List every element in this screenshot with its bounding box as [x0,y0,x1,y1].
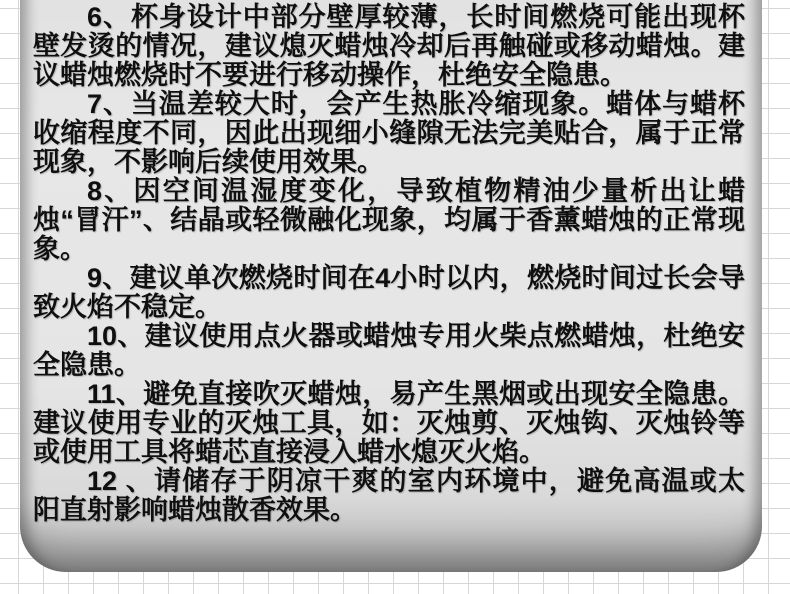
notice-item-11: 11、避免直接吹灭蜡烛，易产生黑烟或出现安全隐患。建议使用专业的灭烛工具，如：灭… [33,380,745,467]
item-text: 当温差较大时，会产生热胀冷缩现象。蜡体与蜡杯收缩程度不同，因此出现细小缝隙无法完… [33,89,745,177]
notice-item-8: 8、因空间温湿度变化，导致植物精油少量析出让蜡烛“冒汗”、结晶或轻微融化现象，均… [33,177,745,264]
item-number: 8、 [87,176,133,206]
notice-item-7: 7、当温差较大时，会产生热胀冷缩现象。蜡体与蜡杯收缩程度不同，因此出现细小缝隙无… [33,90,745,177]
item-number: 7、 [87,89,131,119]
item-number: 12 、 [87,466,154,496]
item-text: 杯身设计中部分壁厚较薄，长时间燃烧可能出现杯壁发烫的情况，建议熄灭蜡烛冷却后再触… [33,2,745,90]
item-number: 9、 [87,263,130,293]
instructions-card: 6、杯身设计中部分壁厚较薄，长时间燃烧可能出现杯壁发烫的情况，建议熄灭蜡烛冷却后… [20,0,762,572]
notice-item-6: 6、杯身设计中部分壁厚较薄，长时间燃烧可能出现杯壁发烫的情况，建议熄灭蜡烛冷却后… [33,3,745,90]
notice-text: 6、杯身设计中部分壁厚较薄，长时间燃烧可能出现杯壁发烫的情况，建议熄灭蜡烛冷却后… [33,3,745,525]
item-number: 10、 [87,321,145,351]
item-text: 建议单次燃烧时间在4小时以内，燃烧时间过长会导致火焰不稳定。 [33,263,745,322]
notice-item-9: 9、建议单次燃烧时间在4小时以内，燃烧时间过长会导致火焰不稳定。 [33,264,745,322]
notice-item-12: 12 、请储存于阴凉干爽的室内环境中，避免高温或太阳直射影响蜡烛散香效果。 [33,467,745,525]
notice-item-10: 10、建议使用点火器或蜡烛专用火柴点燃蜡烛，杜绝安全隐患。 [33,322,745,380]
item-number: 6、 [87,2,131,32]
item-text: 因空间温湿度变化，导致植物精油少量析出让蜡烛“冒汗”、结晶或轻微融化现象，均属于… [33,176,745,264]
item-number: 11、 [87,379,143,409]
